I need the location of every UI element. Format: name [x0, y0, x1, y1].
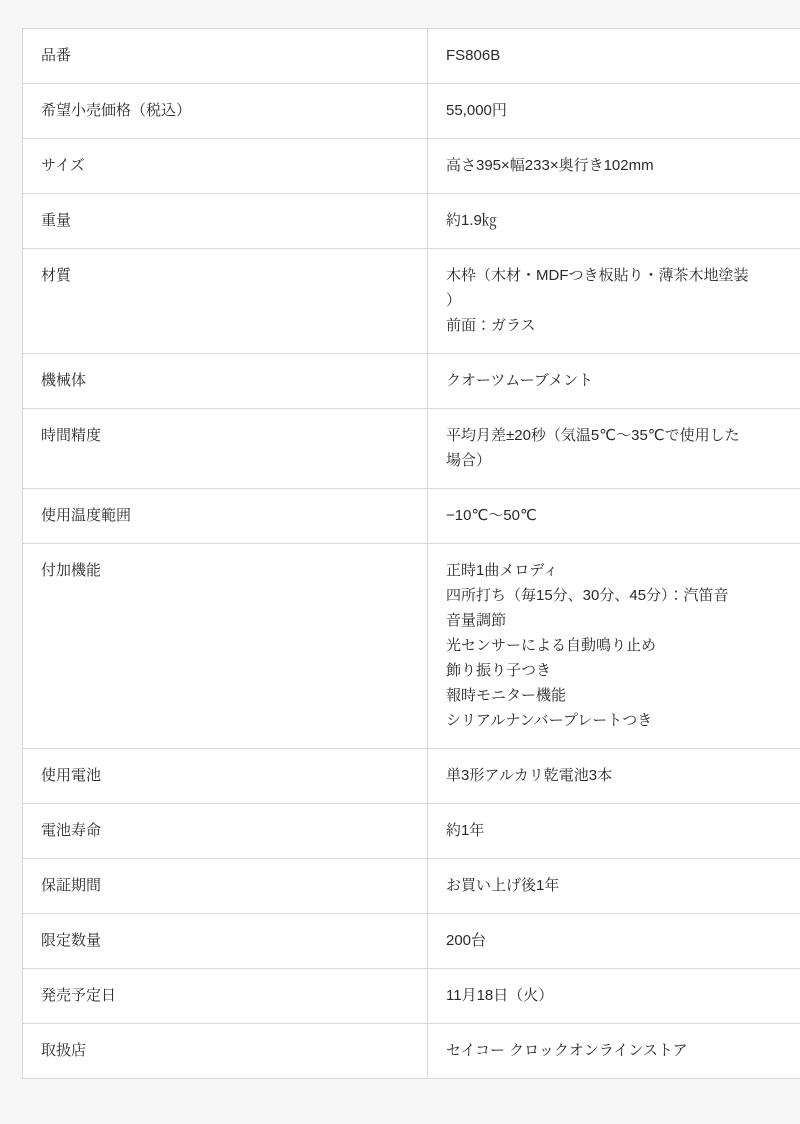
spec-label-weight: 重量 [23, 194, 428, 249]
spec-row-battery-life: 電池寿命 約1年 [23, 804, 800, 859]
spec-label-operating-temperature: 使用温度範囲 [23, 489, 428, 544]
spec-row-size: サイズ 高さ395×幅233×奥行き102mm [23, 139, 800, 194]
spec-label-additional-functions: 付加機能 [23, 544, 428, 749]
spec-label-retail-price: 希望小売価格（税込） [23, 84, 428, 139]
spec-label-accuracy: 時間精度 [23, 409, 428, 489]
spec-value-size: 高さ395×幅233×奥行き102mm [428, 139, 800, 194]
spec-value-battery: 単3形アルカリ乾電池3本 [428, 749, 800, 804]
spec-row-battery: 使用電池 単3形アルカリ乾電池3本 [23, 749, 800, 804]
spec-label-material: 材質 [23, 249, 428, 354]
spec-value-retailer: セイコー クロックオンラインストア [428, 1024, 800, 1079]
spec-row-retail-price: 希望小売価格（税込） 55,000円 [23, 84, 800, 139]
product-spec-table: 品番 FS806B 希望小売価格（税込） 55,000円 サイズ 高さ395×幅… [22, 28, 800, 1079]
spec-row-retailer: 取扱店 セイコー クロックオンラインストア [23, 1024, 800, 1079]
spec-value-operating-temperature: −10℃〜50℃ [428, 489, 800, 544]
spec-value-battery-life: 約1年 [428, 804, 800, 859]
spec-label-limited-quantity: 限定数量 [23, 914, 428, 969]
spec-row-warranty-period: 保証期間 お買い上げ後1年 [23, 859, 800, 914]
spec-value-retail-price: 55,000円 [428, 84, 800, 139]
spec-value-weight: 約1.9㎏ [428, 194, 800, 249]
spec-value-warranty-period: お買い上げ後1年 [428, 859, 800, 914]
spec-value-limited-quantity: 200台 [428, 914, 800, 969]
spec-row-weight: 重量 約1.9㎏ [23, 194, 800, 249]
spec-table-body: 品番 FS806B 希望小売価格（税込） 55,000円 サイズ 高さ395×幅… [23, 29, 800, 1079]
spec-label-movement: 機械体 [23, 354, 428, 409]
spec-label-model-number: 品番 [23, 29, 428, 84]
spec-row-model-number: 品番 FS806B [23, 29, 800, 84]
spec-value-additional-functions: 正時1曲メロディ 四所打ち（毎15分、30分、45分）：汽笛音 音量調節 光セン… [428, 544, 800, 749]
spec-label-warranty-period: 保証期間 [23, 859, 428, 914]
spec-label-retailer: 取扱店 [23, 1024, 428, 1079]
spec-row-material: 材質 木枠（木材・MDFつき板貼り・薄茶木地塗装 ） 前面：ガラス [23, 249, 800, 354]
spec-value-release-date: 11月18日（火） [428, 969, 800, 1024]
spec-row-additional-functions: 付加機能 正時1曲メロディ 四所打ち（毎15分、30分、45分）：汽笛音 音量調… [23, 544, 800, 749]
spec-label-battery: 使用電池 [23, 749, 428, 804]
spec-label-battery-life: 電池寿命 [23, 804, 428, 859]
spec-row-movement: 機械体 クオーツムーブメント [23, 354, 800, 409]
spec-row-operating-temperature: 使用温度範囲 −10℃〜50℃ [23, 489, 800, 544]
spec-label-release-date: 発売予定日 [23, 969, 428, 1024]
spec-value-material: 木枠（木材・MDFつき板貼り・薄茶木地塗装 ） 前面：ガラス [428, 249, 800, 354]
spec-value-model-number: FS806B [428, 29, 800, 84]
spec-row-release-date: 発売予定日 11月18日（火） [23, 969, 800, 1024]
spec-label-size: サイズ [23, 139, 428, 194]
spec-row-accuracy: 時間精度 平均月差±20秒（気温5℃〜35℃で使用した 場合） [23, 409, 800, 489]
spec-row-limited-quantity: 限定数量 200台 [23, 914, 800, 969]
spec-value-movement: クオーツムーブメント [428, 354, 800, 409]
spec-value-accuracy: 平均月差±20秒（気温5℃〜35℃で使用した 場合） [428, 409, 800, 489]
